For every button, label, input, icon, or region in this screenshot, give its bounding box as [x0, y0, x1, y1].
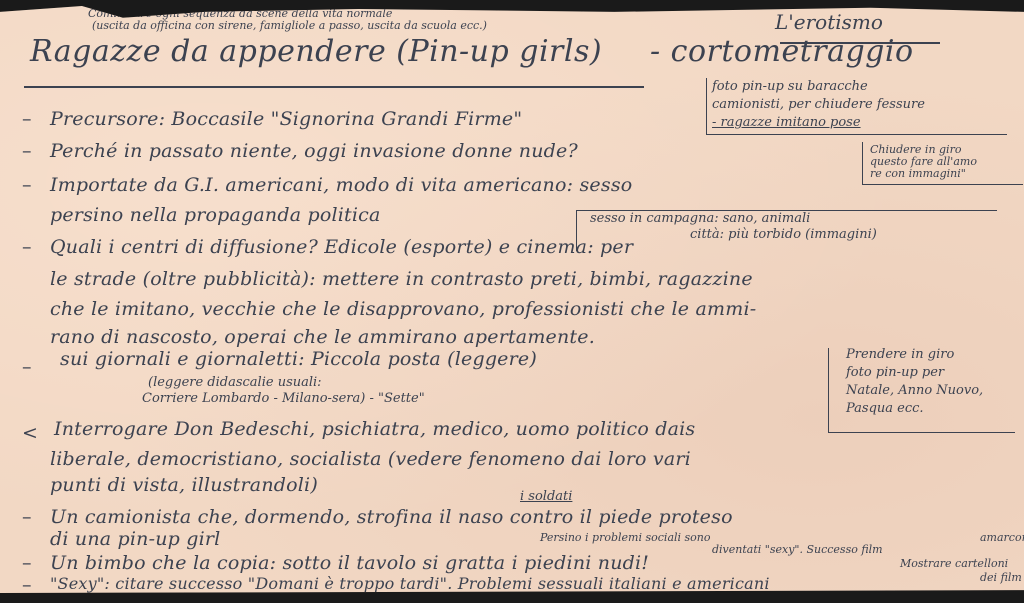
side-note-text: Pasqua ecc. — [846, 402, 924, 416]
handwritten-page: Cominciare ogni sequenza da scene della … — [0, 6, 1024, 596]
note-line-small: (leggere didascalie usuali: — [148, 376, 322, 390]
bullet-dash: – — [22, 356, 32, 378]
bullet-dash: – — [22, 506, 32, 528]
note-line: Un camionista che, dormendo, strofina il… — [50, 506, 733, 528]
note-line: Un bimbo che la copia: sotto il tavolo s… — [50, 552, 649, 574]
bullet-dash: – — [22, 108, 32, 130]
side-note-text: - ragazze imitano pose — [712, 116, 861, 130]
page-title: Ragazze da appendere (Pin-up girls) — [30, 34, 602, 69]
note-line: rano di nascosto, operai che le ammirano… — [50, 326, 595, 348]
note-line: Importate da G.I. americani, modo di vit… — [50, 174, 632, 196]
bullet-dash: < — [22, 422, 38, 444]
side-note-text: diventati "sexy". Successo film — [712, 544, 883, 556]
bullet-dash: – — [22, 140, 32, 162]
bullet-dash: – — [22, 174, 32, 196]
bullet-dash: – — [22, 574, 32, 596]
side-note-text: Natale, Anno Nuovo, — [846, 384, 983, 398]
note-line: Interrogare Don Bedeschi, psichiatra, me… — [54, 418, 695, 440]
side-note-text: Prendere in giro — [846, 348, 954, 362]
note-line-small: Corriere Lombardo - Milano-sera) - "Sett… — [142, 392, 425, 406]
side-note-text: foto pin-up su baracche — [712, 80, 868, 94]
note-line: che le imitano, vecchie che le disapprov… — [50, 298, 756, 320]
note-line: sui giornali e giornaletti: Piccola post… — [60, 348, 537, 370]
side-note-text: Persino i problemi sociali sono — [540, 532, 711, 544]
side-note-text: amarcord — [980, 532, 1024, 544]
note-line: "Sexy": citare successo "Domani è troppo… — [50, 574, 770, 593]
note-line: di una pin-up girl — [50, 528, 220, 550]
title-annotation: L'erotismo — [775, 10, 883, 34]
side-note-text: città: più torbido (immagini) — [690, 228, 877, 242]
side-note-text: Mostrare cartelloni — [900, 558, 1008, 570]
note-line: liberale, democristiano, socialista (ved… — [50, 448, 691, 470]
side-note-text: re con immagini" — [870, 168, 966, 180]
side-note-text: camionisti, per chiudere fessure — [712, 98, 925, 112]
bullet-dash: – — [22, 552, 32, 574]
note-line-small: i soldati — [520, 490, 572, 504]
bullet-dash: – — [22, 236, 32, 258]
note-line: Quali i centri di diffusione? Edicole (e… — [50, 236, 633, 258]
note-line: le strade (oltre pubblicità): mettere in… — [50, 268, 753, 290]
side-note-text: foto pin-up per — [846, 366, 944, 380]
side-note-text: dei film — [980, 572, 1022, 584]
top-note-line-2: (uscita da officina con sirene, famiglio… — [92, 20, 487, 32]
note-line: Precursore: Boccasile "Signorina Grandi … — [50, 108, 522, 130]
note-line: punti di vista, illustrandoli) — [50, 474, 318, 496]
annotation-underline — [780, 42, 940, 44]
side-note-text: sesso in campagna: sano, animali — [590, 212, 810, 226]
note-line: persino nella propaganda politica — [50, 204, 381, 226]
title-underline — [24, 86, 644, 88]
note-line: Perché in passato niente, oggi invasione… — [50, 140, 578, 162]
title-suffix: - cortometraggio — [650, 34, 914, 69]
